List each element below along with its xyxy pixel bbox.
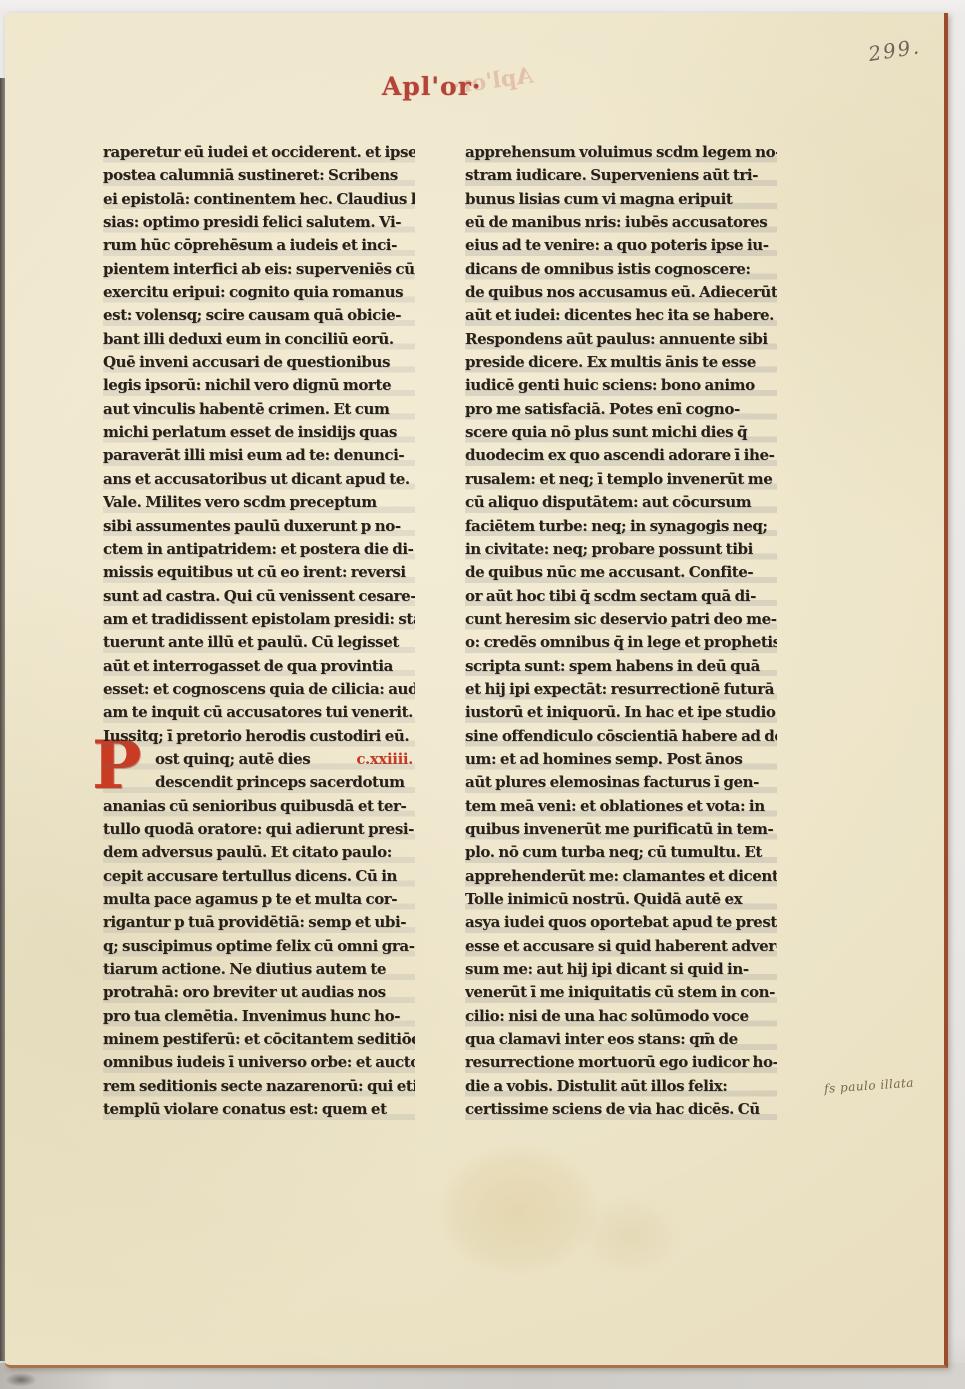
text-line: preside dicere. Ex multis ānis te esse: [465, 351, 777, 374]
text-line: asya iudei quos oportebat apud te presto: [465, 911, 777, 934]
text-line: c.xxiiii.ost quinq; autē dies: [103, 748, 415, 771]
running-title: Apl'or·: [382, 72, 482, 101]
text-line: Respondens aūt paulus: annuente sibi: [465, 328, 777, 351]
text-line: cepit accusare tertullus dicens. Cū in: [103, 865, 415, 888]
text-line: postea calumniā sustineret: Scribens: [103, 164, 415, 187]
text-line: iustorū et iniquorū. In hac et ipe studi…: [465, 701, 777, 724]
text-line: ctem in antipatridem: et postera die di-: [103, 538, 415, 561]
text-line: esset: et cognoscens quia de cilicia: au…: [103, 678, 415, 701]
text-line: rum hūc cōprehēsum a iudeis et inci-: [103, 234, 415, 257]
text-column-right: apprehensum voluimus scdm legem no-stram…: [465, 141, 777, 1123]
text-line: apprehensum voluimus scdm legem no-: [465, 141, 777, 164]
text-line: tuerunt ante illū et paulū. Cū legisset: [103, 631, 415, 654]
text-line: quibus invenerūt me purificatū in tem-: [465, 818, 777, 841]
text-line: pientem interfici ab eis: superveniēs cū: [103, 258, 415, 281]
text-line: michi perlatum esset de insidijs quas: [103, 421, 415, 444]
text-line: dicans de omnibus istis cognoscere:: [465, 258, 777, 281]
manuscript-page-scan: 299. Apl'or· Apl'or· P raperetur eū iude…: [0, 0, 965, 1389]
text-line: de quibus nos accusamus eū. Adiecerūt: [465, 281, 777, 304]
text-line: de quibus nūc me accusant. Confite-: [465, 561, 777, 584]
chapter-marker: c.xxiiii.: [356, 748, 413, 771]
text-line: esse et accusare si quid haberent adver-: [465, 935, 777, 958]
text-line: cunt heresim sic deservio patri deo me-: [465, 608, 777, 631]
text-line: faciētem turbe: neq; in synagogis neq;: [465, 515, 777, 538]
text-line: rusalem: et neq; ī templo invenerūt me: [465, 468, 777, 491]
text-line: protrahā: oro breviter ut audias nos: [103, 981, 415, 1004]
text-line: Vale. Milites vero scdm preceptum: [103, 491, 415, 514]
text-line: am te inquit cū accusatores tui venerit.: [103, 701, 415, 724]
text-line: sunt ad castra. Qui cū venissent cesare-: [103, 585, 415, 608]
text-line: raperetur eū iudei et occiderent. et ips…: [103, 141, 415, 164]
text-line: et hij ipi expectāt: resurrectionē futur…: [465, 678, 777, 701]
text-line: cū aliquo disputātem: aut cōcursum: [465, 491, 777, 514]
text-line: die a vobis. Distulit aūt illos felix:: [465, 1075, 777, 1098]
text-line: stram iudicare. Superveniens aūt tri-: [465, 164, 777, 187]
text-line: ans et accusatoribus ut dicant apud te.: [103, 468, 415, 491]
text-line: qua clamavi inter eos stans: qm̄ de: [465, 1028, 777, 1051]
text-line: Tolle inimicū nostrū. Quidā autē ex: [465, 888, 777, 911]
text-line: cilio: nisi de una hac solūmodo voce: [465, 1005, 777, 1028]
text-line: venerūt ī me iniquitatis cū stem in con-: [465, 981, 777, 1004]
text-line: iudicē genti huic sciens: bono animo: [465, 374, 777, 397]
text-line: sine offendiculo cōscientiā habere ad de…: [465, 725, 777, 748]
text-line: am et tradidissent epistolam presidi: st…: [103, 608, 415, 631]
text-line: scere quia nō plus sunt michi dies q̄: [465, 421, 777, 444]
text-line: pro tua clemētia. Invenimus hunc ho-: [103, 1005, 415, 1028]
text-line: sibi assumentes paulū duxerunt p no-: [103, 515, 415, 538]
text-line: exercitu eripui: cognito quia romanus: [103, 281, 415, 304]
text-line: rem seditionis secte nazarenorū: qui eti…: [103, 1075, 415, 1098]
text-line: Iussitq; ī pretorio herodis custodiri eū…: [103, 725, 415, 748]
text-line: multa pace agamus p te et multa cor-: [103, 888, 415, 911]
text-line: aūt plures elemosinas facturus ī gen-: [465, 771, 777, 794]
text-line: o: credēs omnibus q̄ in lege et propheti…: [465, 631, 777, 654]
text-line: pro me satisfaciā. Potes enī cogno-: [465, 398, 777, 421]
text-line: aūt et iudei: dicentes hec ita se habere…: [465, 304, 777, 327]
text-line: duodecim ex quo ascendi adorare ī ihe-: [465, 444, 777, 467]
text-line: in civitate: neq; probare possunt tibi: [465, 538, 777, 561]
text-line: or aūt hoc tibi q̄ scdm sectam quā di-: [465, 585, 777, 608]
text-line: apprehenderūt me: clamantes et dicentes.: [465, 865, 777, 888]
text-line: descendit princeps sacerdotum: [103, 771, 415, 794]
text-line: eū de manibus nris: iubēs accusatores: [465, 211, 777, 234]
text-line: templū violare conatus est: quem et: [103, 1098, 415, 1121]
text-line: tullo quodā oratore: qui adierunt presi-: [103, 818, 415, 841]
text-line: plo. nō cum turba neq; cū tumultu. Et: [465, 841, 777, 864]
text-line: tem meā veni: et oblationes et vota: in: [465, 795, 777, 818]
chapter-opening-text: ost quinq; autē dies: [155, 750, 310, 768]
text-line: aūt et interrogasset de qua provintia: [103, 655, 415, 678]
text-line: sias: optimo presidi felici salutem. Vi-: [103, 211, 415, 234]
text-line: tiarum actione. Ne diutius autem te: [103, 958, 415, 981]
text-column-left: raperetur eū iudei et occiderent. et ips…: [103, 141, 415, 1123]
text-line: certissime sciens de via hac dicēs. Cū: [465, 1098, 777, 1121]
text-line: rigantur p tuā providētiā: semp et ubi-: [103, 911, 415, 934]
text-line: sum me: aut hij ipi dicant si quid in-: [465, 958, 777, 981]
text-line: scripta sunt: spem habens in deū quā: [465, 655, 777, 678]
text-line: minem pestiferū: et cōcitantem seditiōes: [103, 1028, 415, 1051]
text-line: paraverāt illi misi eum ad te: denunci-: [103, 444, 415, 467]
text-line: um: et ad homines semp. Post ānos: [465, 748, 777, 771]
text-line: est: volensq; scire causam quā obicie-: [103, 304, 415, 327]
text-line: ananias cū senioribus quibusdā et ter-: [103, 795, 415, 818]
text-line: Quē inveni accusari de questionibus: [103, 351, 415, 374]
text-line: missis equitibus ut cū eo irent: reversi: [103, 561, 415, 584]
text-line: eius ad te venire: a quo poteris ipse iu…: [465, 234, 777, 257]
text-line: omnibus iudeis ī universo orbe: et aucto…: [103, 1051, 415, 1074]
text-line: bant illi deduxi eum in conciliū eorū.: [103, 328, 415, 351]
text-line: q; suscipimus optime felix cū omni gra-: [103, 935, 415, 958]
text-line: bunus lisias cum vi magna eripuit: [465, 188, 777, 211]
text-line: aut vinculis habentē crimen. Et cum: [103, 398, 415, 421]
text-line: ei epistolā: continentem hec. Claudius l…: [103, 188, 415, 211]
text-line: resurrectione mortuorū ego iudicor ho-: [465, 1051, 777, 1074]
text-line: dem adversus paulū. Et citato paulo:: [103, 841, 415, 864]
text-line: legis ipsorū: nichil vero dignū morte: [103, 374, 415, 397]
